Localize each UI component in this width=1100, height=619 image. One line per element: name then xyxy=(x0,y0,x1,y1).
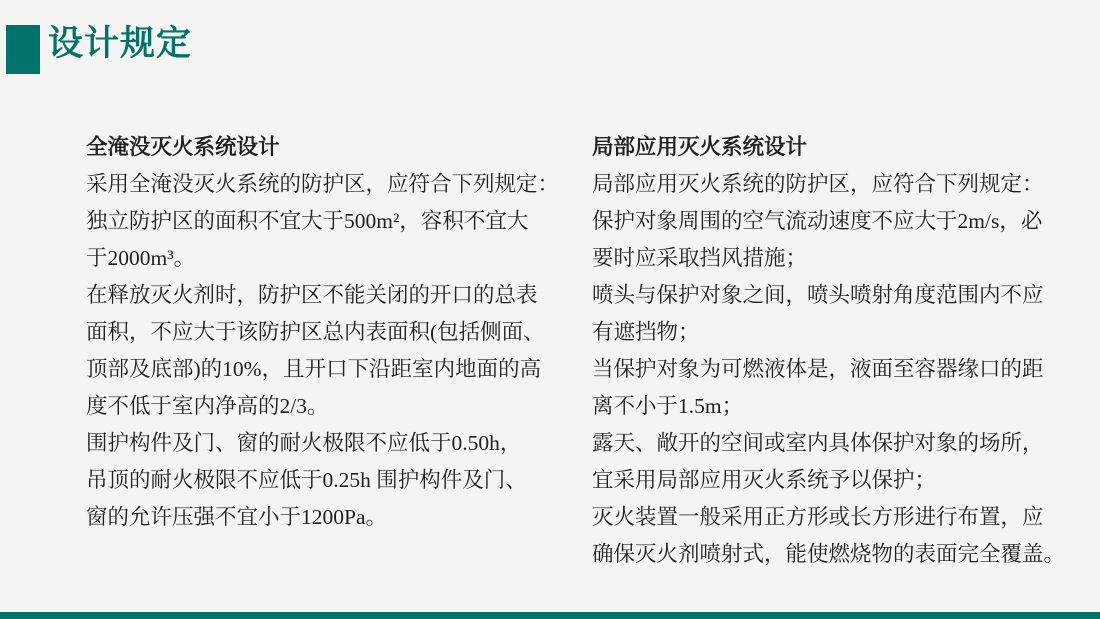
title-accent-square xyxy=(6,25,40,74)
text-line: 喷头与保护对象之间，喷头喷射角度范围内不应 xyxy=(592,277,1067,314)
left-text-column: 全淹没灭火系统设计 采用全淹没灭火系统的防护区，应符合下列规定：独立防护区的面积… xyxy=(86,129,561,536)
footer-accent-bar xyxy=(0,612,1100,619)
text-line: 露天、敞开的空间或室内具体保护对象的场所， xyxy=(592,425,1067,462)
page-title: 设计规定 xyxy=(48,22,192,66)
right-column-body: 局部应用灭火系统的防护区，应符合下列规定：保护对象周围的空气流动速度不应大于2m… xyxy=(592,166,1067,573)
text-line: 度不低于室内净高的2/3。 xyxy=(86,388,561,425)
text-line: 面积，不应大于该防护区总内表面积(包括侧面、 xyxy=(86,314,561,351)
left-column-body: 采用全淹没灭火系统的防护区，应符合下列规定：独立防护区的面积不宜大于500m²，… xyxy=(86,166,561,536)
slide-canvas: 设计规定 全淹没灭火系统设计 采用全淹没灭火系统的防护区，应符合下列规定：独立防… xyxy=(0,0,1100,619)
text-line: 在释放灭火剂时，防护区不能关闭的开口的总表 xyxy=(86,277,561,314)
right-column-heading: 局部应用灭火系统设计 xyxy=(592,129,1067,166)
text-line: 离不小于1.5m； xyxy=(592,388,1067,425)
text-line: 灭火装置一般采用正方形或长方形进行布置，应 xyxy=(592,499,1067,536)
left-column-heading: 全淹没灭火系统设计 xyxy=(86,129,561,166)
text-line: 采用全淹没灭火系统的防护区，应符合下列规定： xyxy=(86,166,561,203)
text-line: 于2000m³。 xyxy=(86,240,561,277)
text-line: 有遮挡物； xyxy=(592,314,1067,351)
text-line: 要时应采取挡风措施； xyxy=(592,240,1067,277)
text-line: 独立防护区的面积不宜大于500m²，容积不宜大 xyxy=(86,203,561,240)
text-line: 确保灭火剂喷射式，能使燃烧物的表面完全覆盖。 xyxy=(592,536,1067,573)
text-line: 围护构件及门、窗的耐火极限不应低于0.50h， xyxy=(86,425,561,462)
text-line: 保护对象周围的空气流动速度不应大于2m/s，必 xyxy=(592,203,1067,240)
text-line: 窗的允许压强不宜小于1200Pa。 xyxy=(86,499,561,536)
text-line: 宜采用局部应用灭火系统予以保护； xyxy=(592,462,1067,499)
text-line: 当保护对象为可燃液体是，液面至容器缘口的距 xyxy=(592,351,1067,388)
text-line: 吊顶的耐火极限不应低于0.25h 围护构件及门、 xyxy=(86,462,561,499)
right-text-column: 局部应用灭火系统设计 局部应用灭火系统的防护区，应符合下列规定：保护对象周围的空… xyxy=(592,129,1067,573)
text-line: 局部应用灭火系统的防护区，应符合下列规定： xyxy=(592,166,1067,203)
text-line: 顶部及底部)的10%，且开口下沿距室内地面的高 xyxy=(86,351,561,388)
